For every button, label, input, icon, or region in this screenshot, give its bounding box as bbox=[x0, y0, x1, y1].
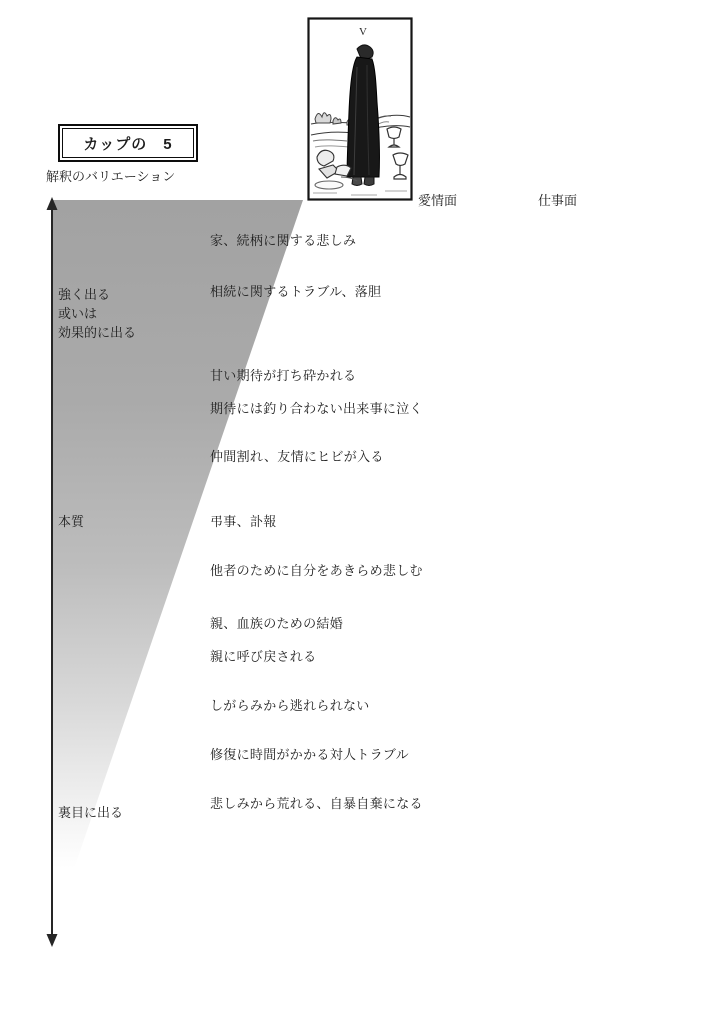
interpretation-item: 甘い期待が打ち砕かれる bbox=[210, 365, 356, 384]
interpretation-item: 仲間割れ、友情にヒビが入る bbox=[210, 446, 384, 465]
axis-label-strong: 強く出る 或いは 効果的に出る bbox=[58, 285, 136, 342]
axis-label-essence: 本質 bbox=[58, 512, 84, 531]
title-box: カップの 5 bbox=[58, 124, 198, 162]
document-page: V bbox=[0, 0, 724, 1024]
axis-label-strong-line2: 或いは bbox=[58, 304, 136, 323]
interpretation-item: 悲しみから荒れる、自暴自棄になる bbox=[210, 793, 423, 812]
tarot-card-five-of-cups: V bbox=[307, 17, 413, 201]
axis-label-strong-line1: 強く出る bbox=[58, 285, 136, 304]
column-header-love: 愛情面 bbox=[418, 190, 457, 209]
interpretation-item: しがらみから逃れられない bbox=[210, 695, 370, 714]
interpretation-item: 相続に関するトラブル、落胆 bbox=[210, 281, 381, 300]
interpretation-item: 修復に時間がかかる対人トラブル bbox=[210, 744, 409, 763]
interpretation-item: 他者のために自分をあきらめ悲しむ bbox=[210, 560, 423, 579]
axis-label-strong-line3: 効果的に出る bbox=[58, 323, 136, 342]
card-numeral: V bbox=[359, 26, 367, 38]
interpretation-item: 家、続柄に関する悲しみ bbox=[210, 230, 356, 249]
interpretation-item: 親、血族のための結婚 bbox=[210, 613, 343, 632]
arrowhead-up-icon bbox=[47, 197, 58, 210]
interpretation-item: 期待には釣り合わない出来事に泣く bbox=[210, 398, 423, 417]
page-subtitle: 解釈のバリエーション bbox=[46, 166, 175, 185]
tarot-card-image: V bbox=[307, 17, 413, 201]
axis-label-backfire: 裏目に出る bbox=[58, 803, 123, 822]
column-header-work: 仕事面 bbox=[538, 190, 577, 209]
interpretation-item: 弔事、訃報 bbox=[210, 511, 277, 530]
interpretation-item: 親に呼び戻される bbox=[210, 646, 316, 665]
arrowhead-down-icon bbox=[47, 934, 58, 947]
page-title: カップの 5 bbox=[62, 128, 194, 158]
